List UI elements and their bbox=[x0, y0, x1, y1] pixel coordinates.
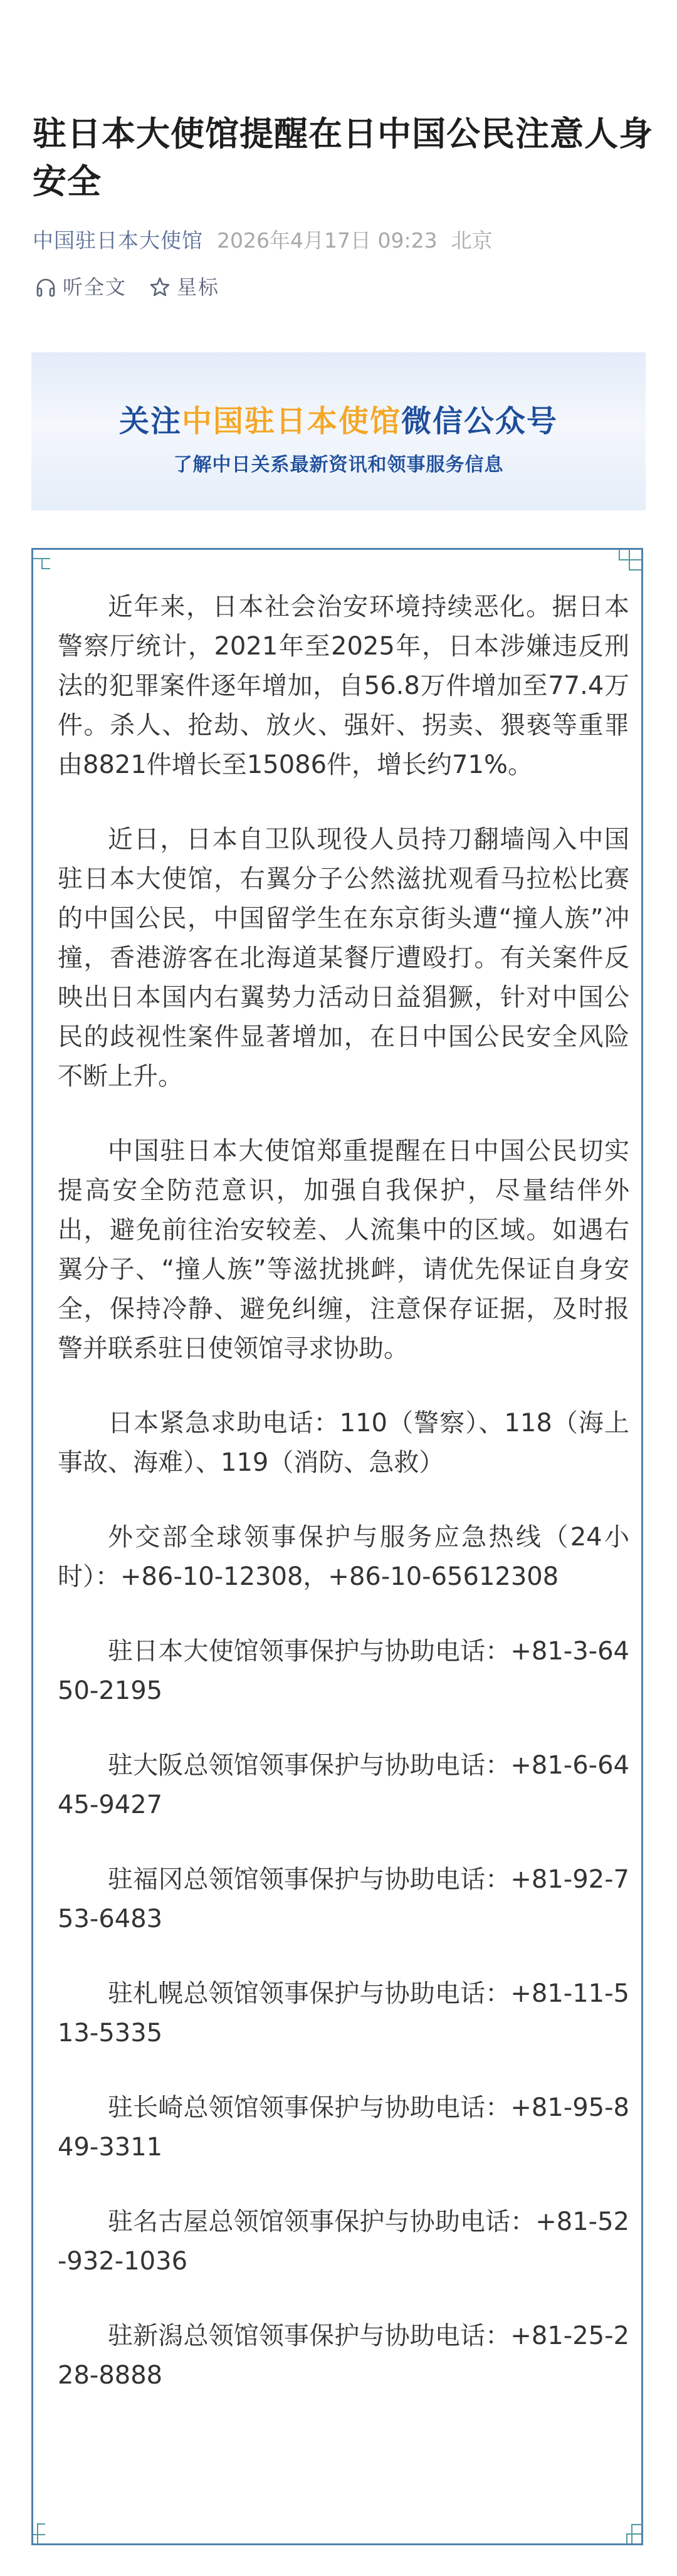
contact-consulate-osaka: 驻大阪总领馆领事保护与协助电话：+81-6-6445-9427 bbox=[58, 1746, 629, 1825]
article-meta: 中国驻日本大使馆2026年4月17日 09:23北京 bbox=[33, 227, 493, 255]
corner-ornament-bottom-left bbox=[31, 2520, 56, 2545]
contact-consulate-nagasaki: 驻长崎总领馆领事保护与协助电话：+81-95-849-3311 bbox=[58, 2088, 629, 2167]
banner-subtitle: 了解中日关系最新资讯和领事服务信息 bbox=[31, 453, 646, 478]
follow-account-banner[interactable]: 关注中国驻日本使馆微信公众号 了解中日关系最新资讯和领事服务信息 bbox=[31, 352, 646, 510]
body-paragraph: 近年来，日本社会治安环境持续恶化。据日本警察厅统计，2021年至2025年，日本… bbox=[58, 587, 629, 785]
star-label: 星标 bbox=[177, 273, 219, 301]
star-button[interactable]: 星标 bbox=[149, 273, 219, 301]
publish-location: 北京 bbox=[451, 228, 493, 253]
article-actions: 听全文 星标 bbox=[35, 273, 219, 301]
corner-ornament-top-right bbox=[618, 548, 643, 573]
banner-headline: 关注中国驻日本使馆微信公众号 bbox=[31, 402, 646, 440]
emergency-numbers: 日本紧急求助电话：110（警察）、118（海上事故、海难）、119（消防、急救） bbox=[58, 1404, 629, 1483]
article-title: 驻日本大使馆提醒在日中国公民注意人身安全 bbox=[33, 110, 653, 206]
body-paragraph: 中国驻日本大使馆郑重提醒在日中国公民切实提高安全防范意识，加强自我保护，尽量结伴… bbox=[58, 1132, 629, 1369]
banner-headline-suffix: 微信公众号 bbox=[401, 404, 558, 439]
star-icon bbox=[149, 276, 171, 298]
author-link[interactable]: 中国驻日本大使馆 bbox=[33, 228, 203, 253]
contact-consulate-nagoya: 驻名古屋总领馆领事保护与协助电话：+81-52-932-1036 bbox=[58, 2202, 629, 2281]
contact-consulate-niigata: 驻新潟总领馆领事保护与协助电话：+81-25-228-8888 bbox=[58, 2316, 629, 2395]
publish-date: 2026年4月17日 09:23 bbox=[217, 228, 438, 253]
headphones-icon bbox=[35, 276, 56, 298]
corner-ornament-top-left bbox=[31, 548, 56, 573]
listen-button[interactable]: 听全文 bbox=[35, 273, 127, 301]
mfa-hotline: 外交部全球领事保护与服务应急热线（24小时）：+86-10-12308，+86-… bbox=[58, 1518, 629, 1597]
article-body: 近年来，日本社会治安环境持续恶化。据日本警察厅统计，2021年至2025年，日本… bbox=[58, 587, 629, 2431]
contact-consulate-fukuoka: 驻福冈总领馆领事保护与协助电话：+81-92-753-6483 bbox=[58, 1860, 629, 1939]
banner-headline-accent: 中国驻日本使馆 bbox=[182, 404, 401, 439]
contact-consulate-sapporo: 驻札幌总领馆领事保护与协助电话：+81-11-513-5335 bbox=[58, 1974, 629, 2053]
banner-headline-prefix: 关注 bbox=[119, 404, 182, 439]
corner-ornament-bottom-right bbox=[618, 2520, 643, 2545]
contact-embassy-tokyo: 驻日本大使馆领事保护与协助电话：+81-3-6450-2195 bbox=[58, 1632, 629, 1711]
listen-label: 听全文 bbox=[63, 273, 127, 301]
body-paragraph: 近日，日本自卫队现役人员持刀翻墙闯入中国驻日本大使馆，右翼分子公然滋扰观看马拉松… bbox=[58, 820, 629, 1096]
